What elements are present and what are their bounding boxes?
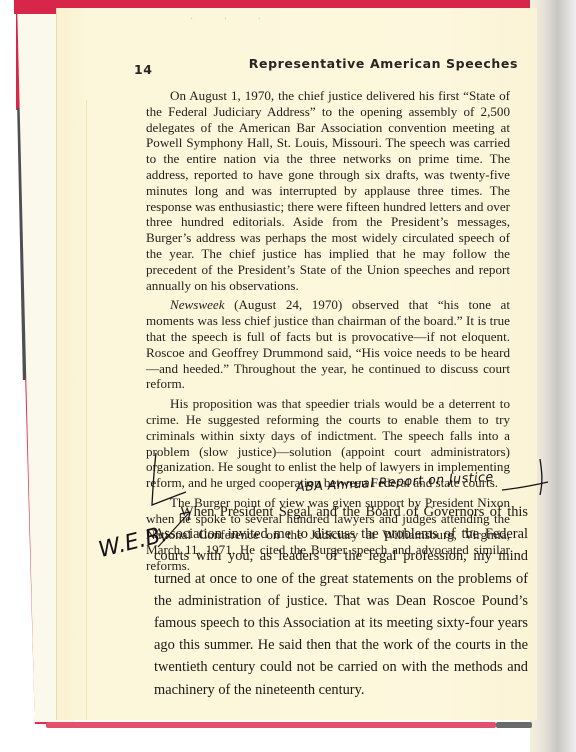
page-number: 14 [134,62,153,77]
page-fold-line [86,100,87,720]
paragraph: Newsweek (August 24, 1970) observed that… [146,297,510,392]
running-head: 14 Representative American Speeches [134,56,518,74]
speech-text: When President Segal and the Board of Go… [154,501,528,701]
speech-paragraph: When President Segal and the Board of Go… [154,501,528,701]
book-cover-bottom-gray [496,722,532,728]
running-title: Representative American Speeches [249,56,518,71]
book-cover-bottom-edge [46,722,496,728]
bleed-through-marks: · · · [190,14,275,25]
publication-name: Newsweek [170,297,225,312]
paragraph: On August 1, 1970, the chief justice del… [146,88,510,293]
